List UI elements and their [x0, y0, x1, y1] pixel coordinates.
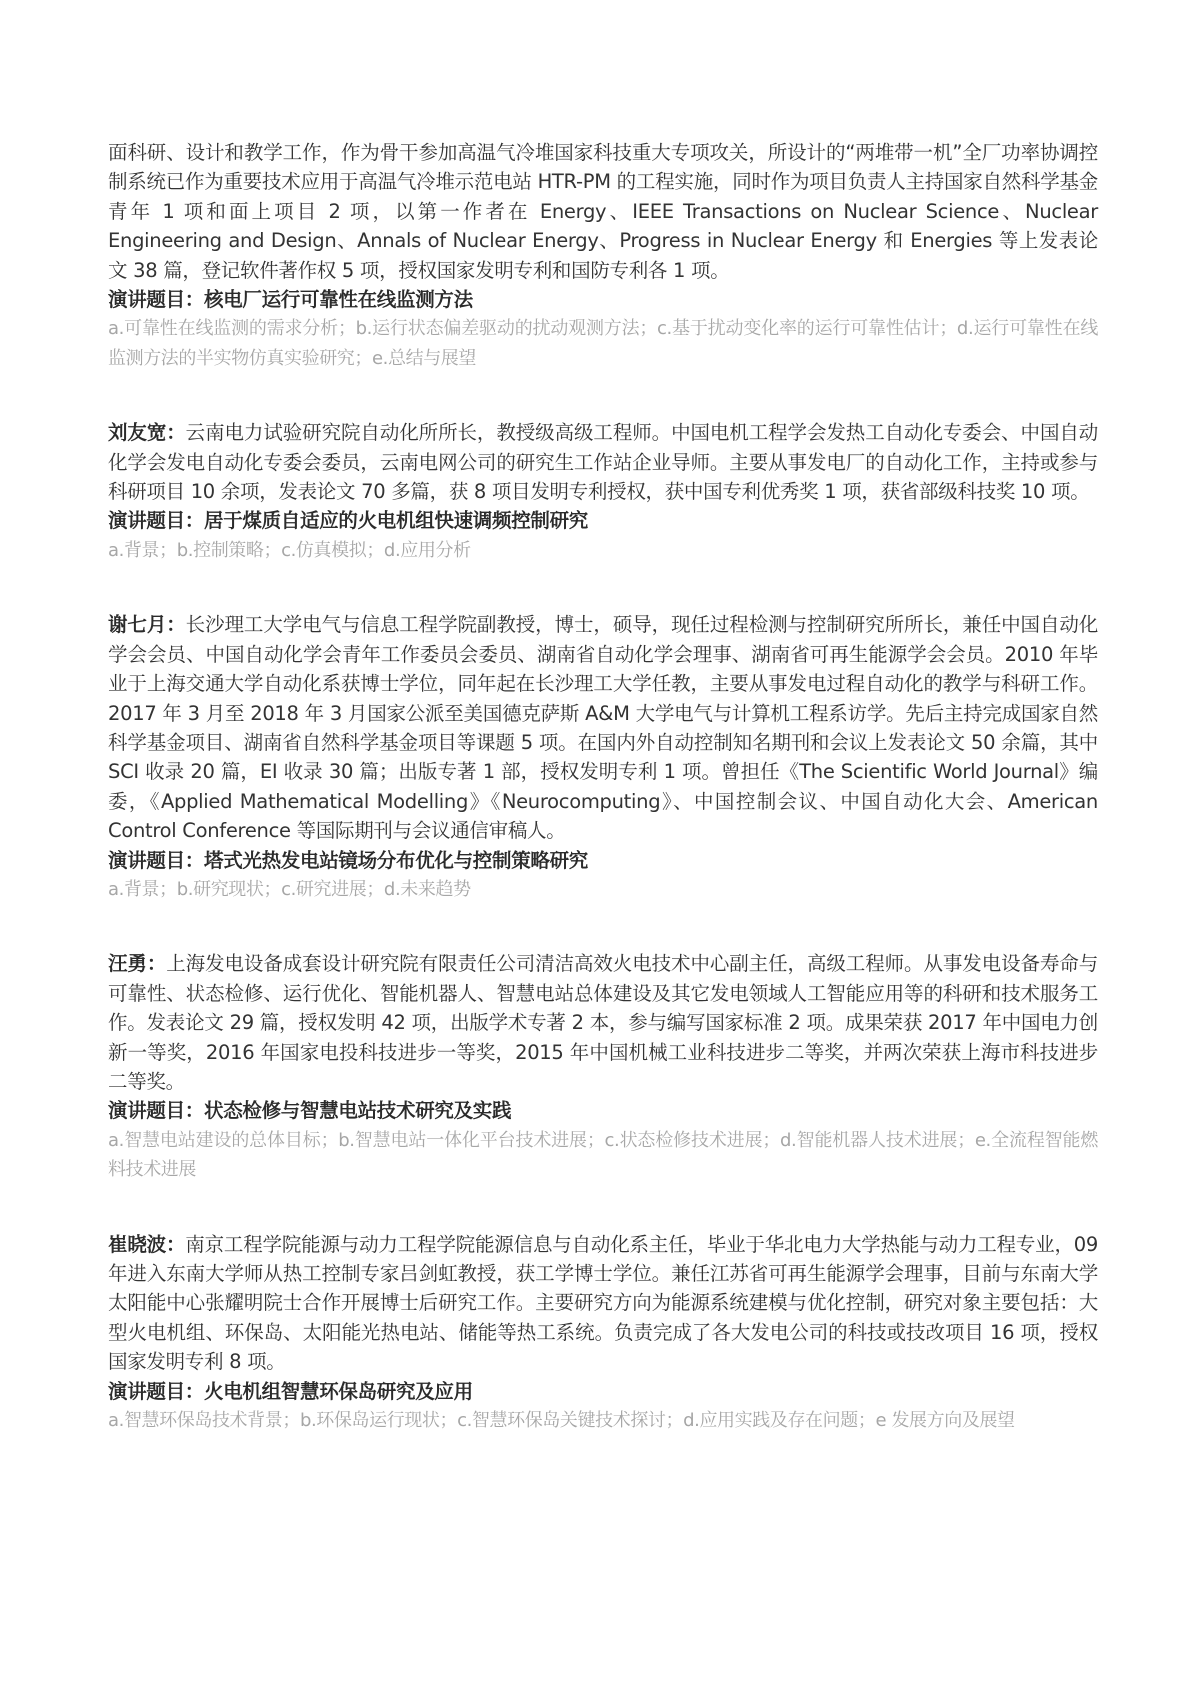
speaker-bio: 上海发电设备成套设计研究院有限责任公司清洁高效火电技术中心副主任，高级工程师。从…: [108, 952, 1098, 1093]
talk-outline: a.智慧电站建设的总体目标；b.智慧电站一体化平台技术进展；c.状态检修技术进展…: [108, 1126, 1098, 1185]
speaker-bio-paragraph: 汪勇：上海发电设备成套设计研究院有限责任公司清洁高效火电技术中心副主任，高级工程…: [108, 949, 1098, 1096]
speaker-section-liu-youkuan: 刘友宽：云南电力试验研究院自动化所所长，教授级高级工程师。中国电机工程学会发热工…: [108, 418, 1098, 565]
speaker-section-intro: 面科研、设计和教学工作，作为骨干参加高温气冷堆国家科技重大专项攻关，所设计的“两…: [108, 138, 1098, 373]
speaker-name: 汪勇：: [108, 952, 166, 975]
speaker-section-cui-xiaobo: 崔晓波：南京工程学院能源与动力工程学院能源信息与自动化系主任，毕业于华北电力大学…: [108, 1230, 1098, 1436]
talk-outline: a.智慧环保岛技术背景；b.环保岛运行现状；c.智慧环保岛关键技术探讨；d.应用…: [108, 1406, 1098, 1435]
speaker-name: 崔晓波：: [108, 1233, 185, 1256]
speaker-bio-paragraph: 谢七月：长沙理工大学电气与信息工程学院副教授，博士，硕导，现任过程检测与控制研究…: [108, 610, 1098, 845]
speaker-name: 谢七月：: [108, 613, 186, 636]
speaker-bio: 云南电力试验研究院自动化所所长，教授级高级工程师。中国电机工程学会发热工自动化专…: [108, 421, 1098, 503]
section-spacer: [108, 565, 1098, 610]
talk-topic: 演讲题目：火电机组智慧环保岛研究及应用: [108, 1377, 1098, 1406]
section-spacer: [108, 373, 1098, 418]
talk-outline: a.背景；b.研究现状；c.研究进展；d.未来趋势: [108, 875, 1098, 904]
talk-outline: a.背景；b.控制策略；c.仿真模拟；d.应用分析: [108, 536, 1098, 565]
section-spacer: [108, 904, 1098, 949]
speaker-name: 刘友宽：: [108, 421, 186, 444]
speaker-bio-paragraph: 刘友宽：云南电力试验研究院自动化所所长，教授级高级工程师。中国电机工程学会发热工…: [108, 418, 1098, 506]
talk-topic: 演讲题目：居于煤质自适应的火电机组快速调频控制研究: [108, 506, 1098, 535]
speaker-section-wang-yong: 汪勇：上海发电设备成套设计研究院有限责任公司清洁高效火电技术中心副主任，高级工程…: [108, 949, 1098, 1184]
speaker-bio-paragraph: 崔晓波：南京工程学院能源与动力工程学院能源信息与自动化系主任，毕业于华北电力大学…: [108, 1230, 1098, 1377]
speaker-bio: 面科研、设计和教学工作，作为骨干参加高温气冷堆国家科技重大专项攻关，所设计的“两…: [108, 138, 1098, 285]
speaker-section-xie-qiyue: 谢七月：长沙理工大学电气与信息工程学院副教授，博士，硕导，现任过程检测与控制研究…: [108, 610, 1098, 904]
talk-topic: 演讲题目：状态检修与智慧电站技术研究及实践: [108, 1096, 1098, 1125]
talk-topic: 演讲题目：塔式光热发电站镜场分布优化与控制策略研究: [108, 846, 1098, 875]
talk-topic: 演讲题目：核电厂运行可靠性在线监测方法: [108, 285, 1098, 314]
section-spacer: [108, 1185, 1098, 1230]
speaker-bio: 南京工程学院能源与动力工程学院能源信息与自动化系主任，毕业于华北电力大学热能与动…: [108, 1233, 1098, 1374]
talk-outline: a.可靠性在线监测的需求分析；b.运行状态偏差驱动的扰动观测方法；c.基于扰动变…: [108, 314, 1098, 373]
document-page: 面科研、设计和教学工作，作为骨干参加高温气冷堆国家科技重大专项攻关，所设计的“两…: [108, 138, 1098, 1435]
speaker-bio: 长沙理工大学电气与信息工程学院副教授，博士，硕导，现任过程检测与控制研究所所长，…: [108, 613, 1098, 842]
